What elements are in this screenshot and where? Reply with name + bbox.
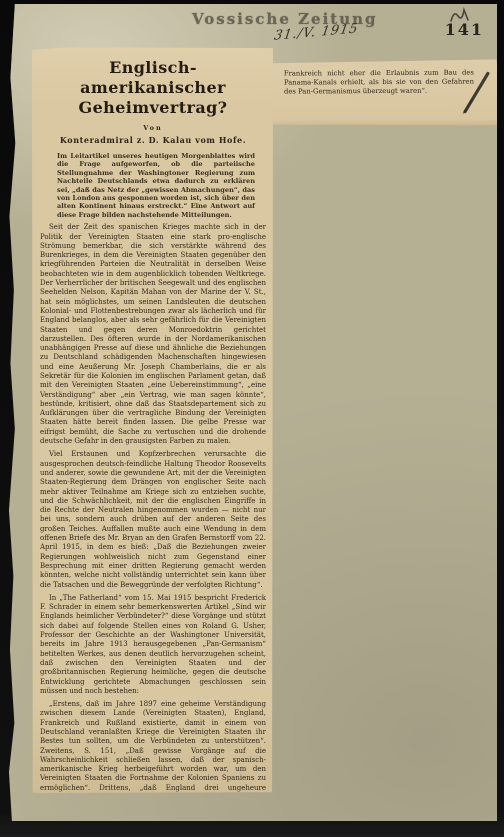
article-title: Englisch-amerikanischer Geheimvertrag? bbox=[44, 58, 262, 118]
article-paragraph-2: Viel Erstaunen und Kopfzerbrechen verurs… bbox=[40, 450, 266, 589]
album-page: Vossische Zeitung 31./V. 1915 141 Englis… bbox=[6, 4, 497, 821]
article-paragraph-4: „Erstens, daß im Jahre 1897 eine geheime… bbox=[40, 700, 266, 793]
ink-slash-mark bbox=[462, 67, 492, 113]
page-number: 141 bbox=[445, 20, 484, 39]
article-intro: Im Leitartikel unseres heutigen Morgenbl… bbox=[57, 152, 255, 219]
photo-backdrop: Vossische Zeitung 31./V. 1915 141 Englis… bbox=[0, 0, 504, 837]
byline-author: Konteradmiral z. D. Kalau vom Hofe. bbox=[40, 135, 266, 145]
article-paragraph-3: In „The Fatherland“ vom 15. Mai 1915 bes… bbox=[40, 594, 266, 696]
article-paragraph-1: Seit der Zeit des spanischen Krieges mac… bbox=[40, 223, 266, 446]
side-clipping-text: Frankreich nicht eher die Erlaubnis zum … bbox=[284, 69, 474, 97]
side-clipping: Frankreich nicht eher die Erlaubnis zum … bbox=[272, 59, 500, 126]
newspaper-clipping: Englisch-amerikanischer Geheimvertrag? V… bbox=[32, 47, 273, 793]
byline-label: Von bbox=[40, 124, 266, 132]
